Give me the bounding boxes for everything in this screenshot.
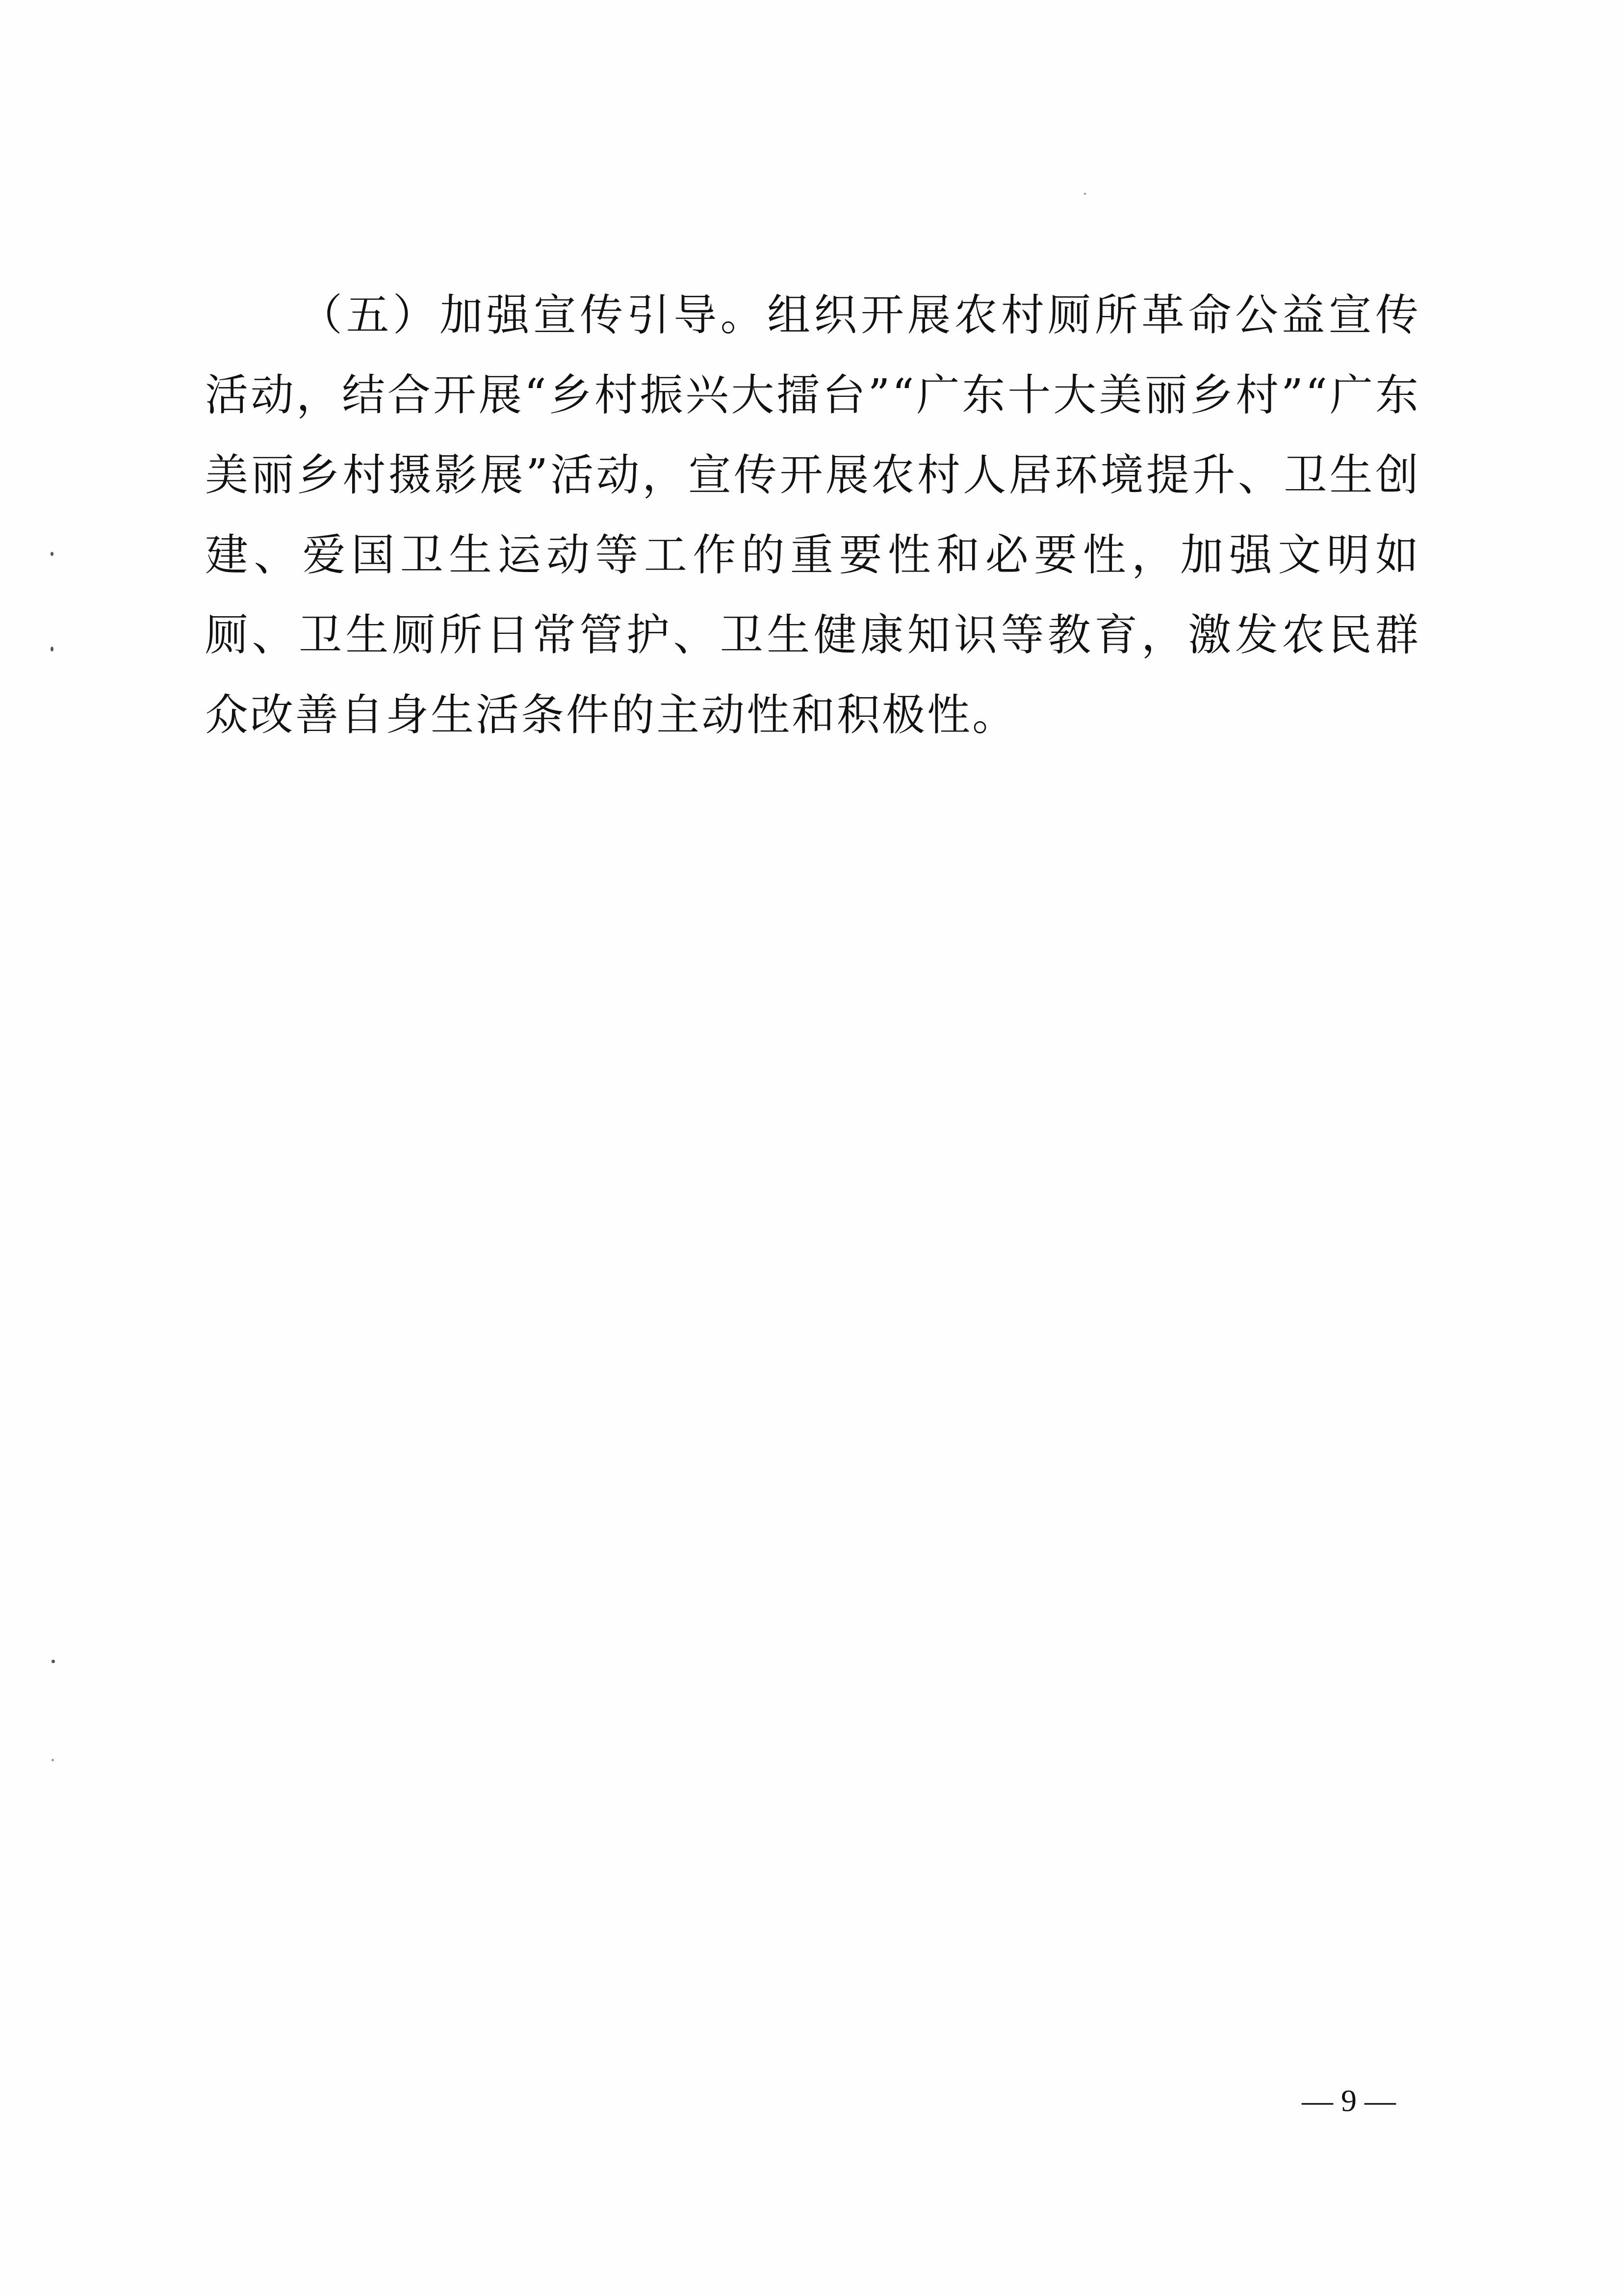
document-page: （五）加强宣传引导。组织开展农村厕所革命公益宣传活动，结合开展“乡村振兴大擂台”…: [0, 0, 1624, 2296]
paragraph-publicity-guidance: （五）加强宣传引导。组织开展农村厕所革命公益宣传活动，结合开展“乡村振兴大擂台”…: [205, 275, 1420, 755]
scan-speck: [52, 1759, 54, 1761]
scan-speck: [1084, 193, 1086, 195]
scan-speck: [52, 1660, 55, 1663]
scan-speck: [51, 647, 53, 652]
page-number: — 9 —: [1275, 2083, 1422, 2119]
section-body: （五）加强宣传引导。组织开展农村厕所革命公益宣传活动，结合开展“乡村振兴大擂台”…: [205, 275, 1420, 755]
scan-speck: [51, 552, 53, 556]
